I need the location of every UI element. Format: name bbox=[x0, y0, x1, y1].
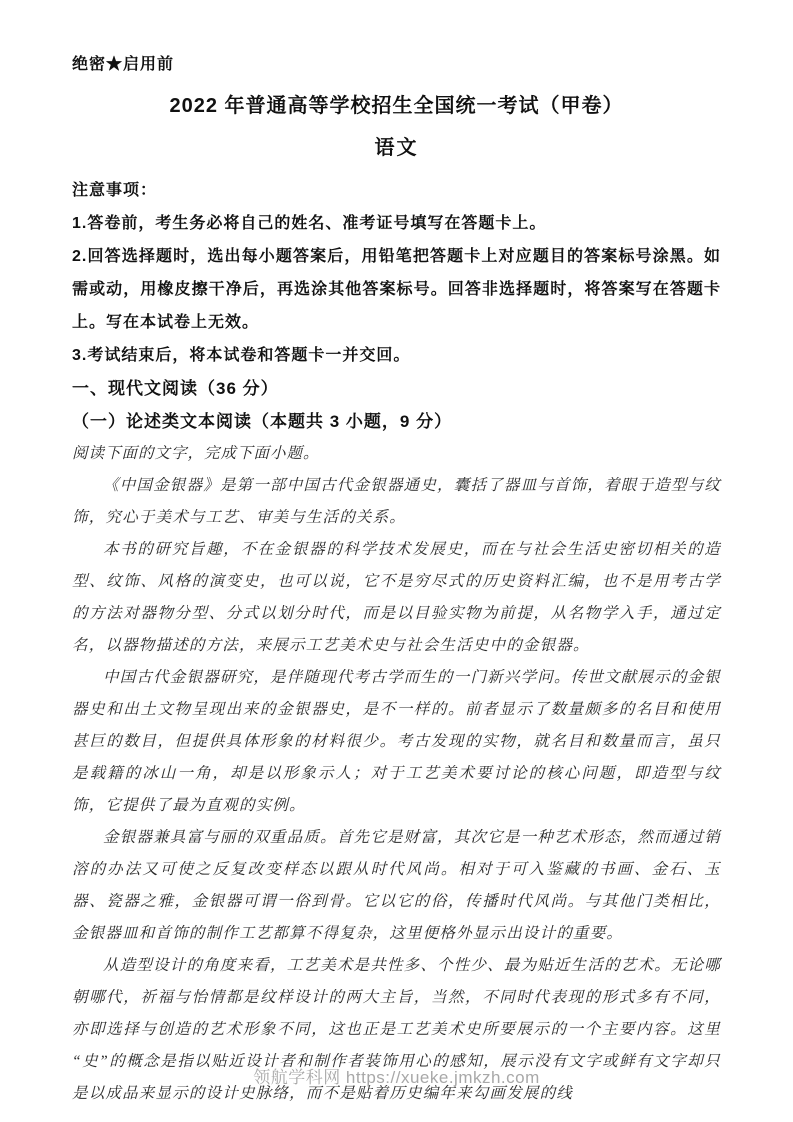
reading-instruction: 阅读下面的文字，完成下面小题。 bbox=[72, 438, 721, 470]
notices-heading: 注意事项： bbox=[72, 174, 721, 207]
passage-paragraph-3: 中国古代金银器研究，是伴随现代考古学而生的一门新兴学问。传世文献展示的金银器史和… bbox=[72, 662, 721, 822]
notice-item-3: 3.考试结束后，将本试卷和答题卡一并交回。 bbox=[72, 339, 721, 372]
passage-paragraph-2: 本书的研究旨趣，不在金银器的科学技术发展史，而在与社会生活史密切相关的造型、纹饰… bbox=[72, 534, 721, 662]
passage-paragraph-4: 金银器兼具富与丽的双重品质。首先它是财富，其次它是一种艺术形态，然而通过销溶的办… bbox=[72, 822, 721, 950]
subsection-heading-argumentative-reading: （一）论述类文本阅读（本题共 3 小题，9 分） bbox=[72, 405, 721, 438]
site-watermark: 领航学科网 https://xueke.jmkzh.com bbox=[0, 1063, 793, 1088]
section-heading-modern-reading: 一、现代文阅读（36 分） bbox=[72, 372, 721, 405]
exam-title: 2022 年普通高等学校招生全国统一考试（甲卷） bbox=[72, 92, 721, 120]
notice-item-1: 1.答卷前，考生务必将自己的姓名、准考证号填写在答题卡上。 bbox=[72, 207, 721, 240]
notice-item-2: 2.回答选择题时，选出每小题答案后，用铅笔把答题卡上对应题目的答案标号涂黑。如需… bbox=[72, 240, 721, 339]
classification-banner: 绝密★启用前 bbox=[72, 54, 721, 76]
passage-paragraph-1: 《中国金银器》是第一部中国古代金银器通史，囊括了器皿与首饰，着眼于造型与纹饰，究… bbox=[72, 470, 721, 534]
subject-title: 语文 bbox=[72, 134, 721, 162]
exam-paper-page: 绝密★启用前 2022 年普通高等学校招生全国统一考试（甲卷） 语文 注意事项：… bbox=[0, 0, 793, 1122]
